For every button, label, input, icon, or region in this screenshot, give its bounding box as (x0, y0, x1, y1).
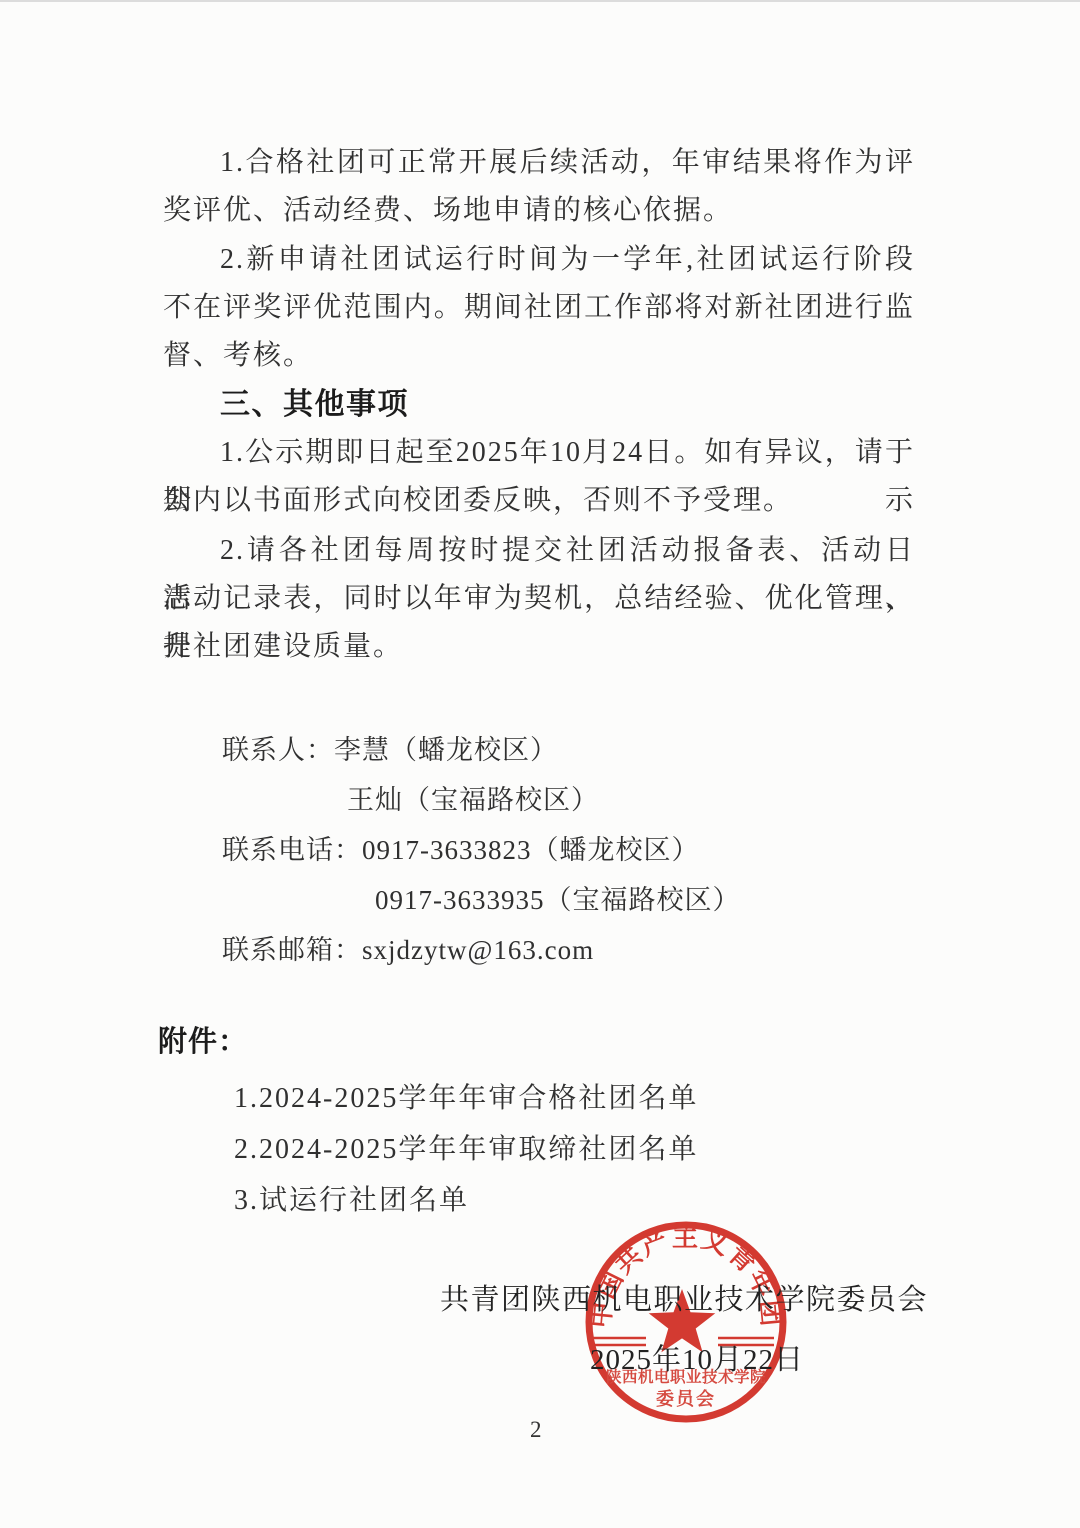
paragraph-2-line-1: 2.新申请社团试运行时间为一学年,社团试运行阶段 (163, 236, 915, 284)
paragraph-4-line-1: 2.请各社团每周按时提交社团活动报备表、活动日志、 (163, 527, 915, 575)
contact-phone-number-2: 0917-3633935 (375, 885, 545, 915)
paragraph-1-line-2: 奖评优、活动经费、场地申请的核心依据。 (163, 187, 915, 235)
contact-person-line-1: 联系人：李慧（蟠龙校区） (163, 725, 915, 775)
attachment-item-1: 1.2024-2025学年年审合格社团名单 (234, 1073, 698, 1124)
contact-phone-campus-2: （宝福路校区） (545, 885, 741, 915)
contact-person-line-2: 王灿（宝福路校区） (163, 775, 915, 825)
paragraph-1: 1.合格社团可正常开展后续活动，年审结果将作为评 奖评优、活动经费、场地申请的核… (163, 139, 915, 235)
contact-email-address: sxjdzytw@163.com (362, 935, 594, 965)
contact-phone-campus-1: （蟠龙校区） (532, 835, 700, 865)
contact-block: 联系人：李慧（蟠龙校区） 王灿（宝福路校区） 联系电话：0917-3633823… (163, 725, 915, 975)
paragraph-4-line-2: 活动记录表，同时以年审为契机，总结经验、优化管理，提 (163, 575, 915, 623)
seal-inner-text-2: 委员会 (656, 1388, 716, 1409)
paragraph-3-line-1: 1.公示期即日起至2025年10月24日。如有异议，请于公示 (163, 429, 915, 477)
contact-email-label: 联系邮箱： (222, 935, 362, 965)
attachments-list: 1.2024-2025学年年审合格社团名单 2.2024-2025学年年审取缔社… (234, 1073, 698, 1226)
paragraph-4: 2.请各社团每周按时提交社团活动报备表、活动日志、 活动记录表，同时以年审为契机… (163, 527, 915, 671)
attachment-item-2: 2.2024-2025学年年审取缔社团名单 (234, 1124, 698, 1175)
paragraph-3: 1.公示期即日起至2025年10月24日。如有异议，请于公示 期内以书面形式向校… (163, 429, 915, 525)
contact-phone-label: 联系电话： (222, 835, 362, 865)
contact-phone-line-2: 0917-3633935（宝福路校区） (163, 875, 915, 925)
contact-phone-line-1: 联系电话：0917-3633823（蟠龙校区） (163, 825, 915, 875)
paragraph-4-line-3: 升社团建设质量。 (163, 623, 915, 671)
attachments-label: 附件： (158, 1018, 248, 1066)
section-3-heading-row: 三、其他事项 (163, 381, 915, 429)
page-top-edge (0, 0, 1080, 2)
section-3-heading: 三、其他事项 (163, 381, 915, 429)
paragraph-2-line-2: 不在评奖评优范围内。期间社团工作部将对新社团进行监 (163, 284, 915, 332)
issue-date: 2025年10月22日 (590, 1338, 804, 1382)
document-page: 1.合格社团可正常开展后续活动，年审结果将作为评 奖评优、活动经费、场地申请的核… (0, 0, 1080, 1528)
contact-email-line: 联系邮箱：sxjdzytw@163.com (163, 925, 915, 975)
paragraph-1-line-1: 1.合格社团可正常开展后续活动，年审结果将作为评 (163, 139, 915, 187)
paragraph-2-line-3: 督、考核。 (163, 332, 915, 380)
issuing-organization: 共青团陕西机电职业技术学院委员会 (440, 1276, 928, 1324)
page-number: 2 (530, 1414, 542, 1446)
contact-phone-number-1: 0917-3633823 (362, 835, 532, 865)
paragraph-2: 2.新申请社团试运行时间为一学年,社团试运行阶段 不在评奖评优范围内。期间社团工… (163, 236, 915, 380)
